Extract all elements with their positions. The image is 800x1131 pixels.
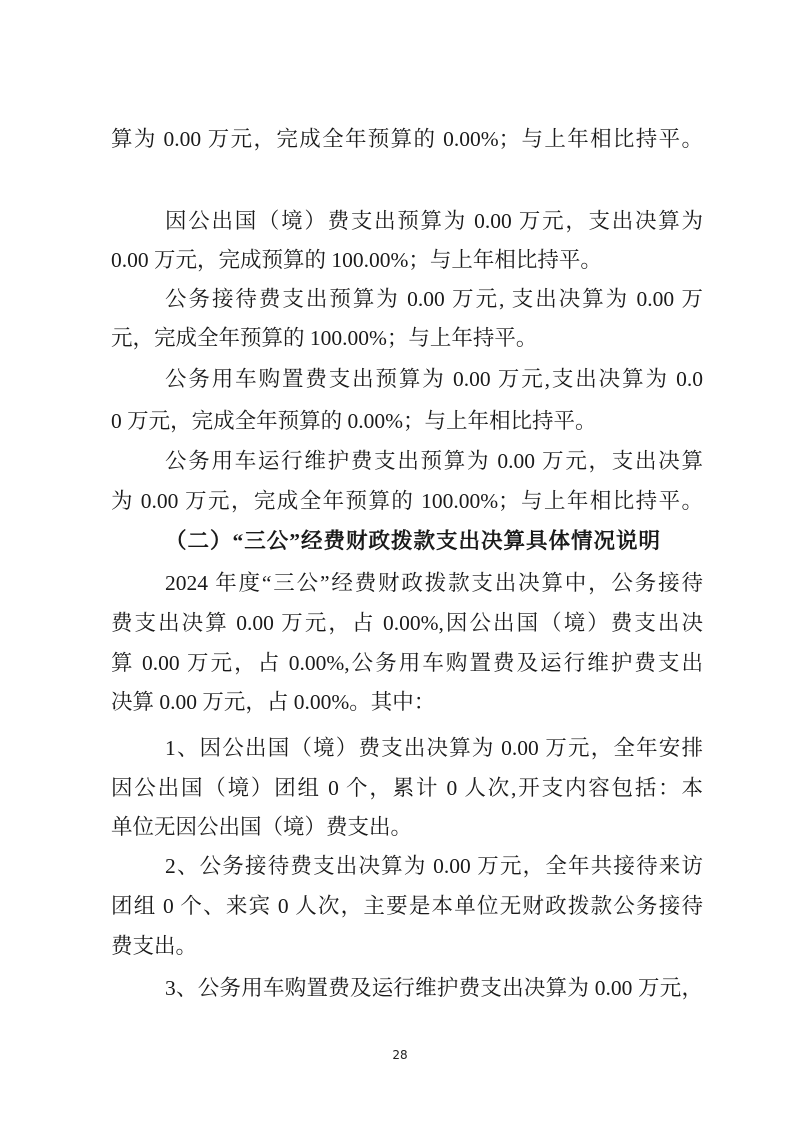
- body-line-02: 因公出国（境）费支出预算为 0.00 万元，支出决算为: [111, 206, 703, 236]
- body-line-08: 公务用车运行维护费支出预算为 0.00 万元，支出决算: [111, 446, 703, 476]
- body-line-19: 团组 0 个、来宾 0 人次，主要是本单位无财政拨款公务接待: [111, 891, 703, 921]
- body-line-04: 公务接待费支出预算为 0.00 万元, 支出决算为 0.00 万: [111, 284, 703, 314]
- body-line-14: 决算 0.00 万元，占 0.00%。其中：: [111, 687, 703, 717]
- body-line-03: 0.00 万元，完成预算的 100.00%；与上年相比持平。: [111, 245, 703, 275]
- body-line-12: 费支出决算 0.00 万元，占 0.00%,因公出国（境）费支出决: [111, 608, 703, 638]
- body-line-18: 2、公务接待费支出决算为 0.00 万元，全年共接待来访: [111, 851, 703, 881]
- body-line-06: 公务用车购置费支出预算为 0.00 万元,支出决算为 0.0: [111, 364, 703, 394]
- body-line-20: 费支出。: [111, 931, 703, 961]
- body-line-15: 1、因公出国（境）费支出决算为 0.00 万元，全年安排: [111, 733, 703, 763]
- section-heading: （二）“三公”经费财政拨款支出决算具体情况说明: [111, 526, 703, 556]
- body-line-21: 3、公务用车购置费及运行维护费支出决算为 0.00 万元，: [111, 973, 703, 1003]
- body-line-09: 为 0.00 万元，完成全年预算的 100.00%；与上年相比持平。: [111, 486, 703, 516]
- body-line-16: 因公出国（境）团组 0 个，累计 0 人次,开支内容包括：本: [111, 773, 703, 803]
- body-line-07: 0 万元，完成全年预算的 0.00%；与上年相比持平。: [111, 406, 703, 436]
- body-line-05: 元，完成全年预算的 100.00%；与上年持平。: [111, 323, 703, 353]
- document-page: 算为 0.00 万元，完成全年预算的 0.00%；与上年相比持平。 因公出国（境…: [0, 0, 800, 1131]
- page-number: 28: [0, 1048, 800, 1062]
- body-line-01: 算为 0.00 万元，完成全年预算的 0.00%；与上年相比持平。: [111, 124, 703, 154]
- body-line-11: 2024 年度“三公”经费财政拨款支出决算中，公务接待: [111, 568, 703, 598]
- body-line-17: 单位无因公出国（境）费支出。: [111, 812, 703, 842]
- body-line-13: 算 0.00 万元，占 0.00%,公务用车购置费及运行维护费支出: [111, 648, 703, 678]
